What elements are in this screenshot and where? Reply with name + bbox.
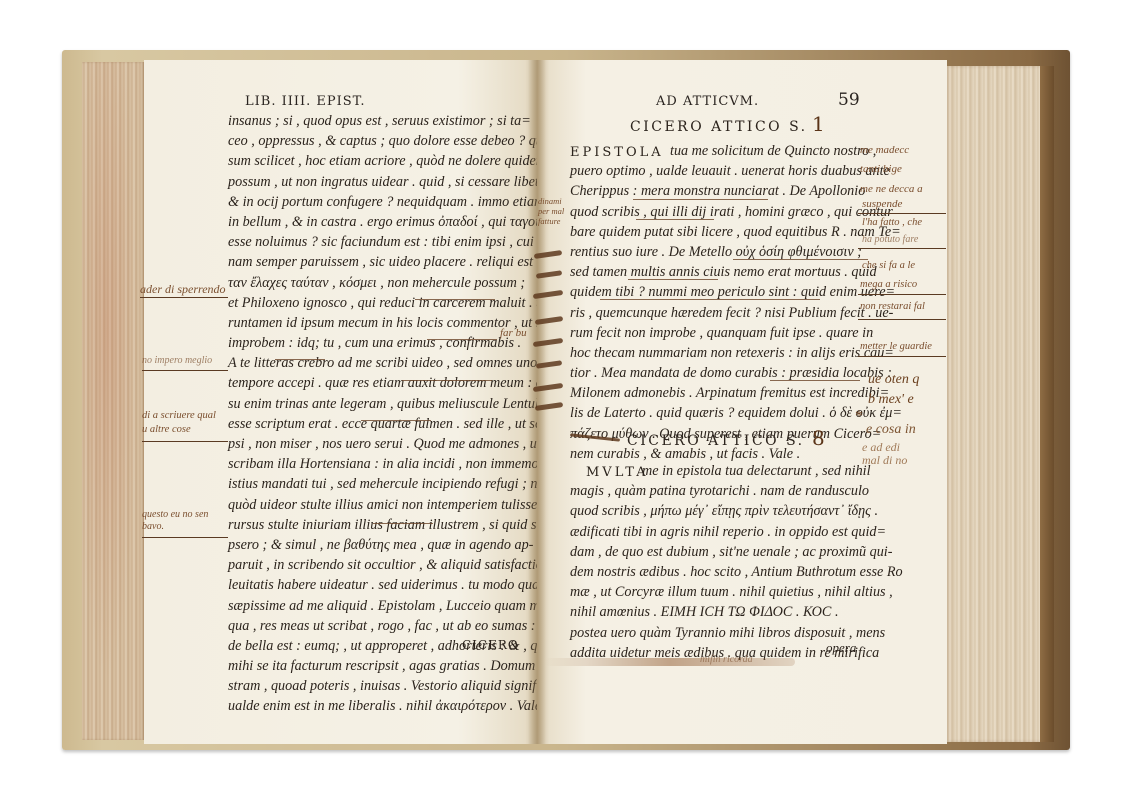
text-line: dem nostris ædibus . hoc scito , Antium …	[570, 562, 903, 582]
text-line: stram , quoad poteris , inuisas . Vestor…	[228, 676, 568, 696]
text-line: nam semper paruissem , sic uideo placere…	[228, 252, 568, 272]
text-line: sum scilicet , hoc etiam acriore , quòd …	[228, 151, 568, 171]
text-line: & in ocij portum confugere ? nequidquam …	[228, 192, 568, 212]
margin-note: me madecc	[860, 144, 909, 156]
margin-note: che si fa a le	[862, 260, 915, 271]
text-line: rum fecit non improbe , quanquam fuit ip…	[570, 323, 902, 343]
left-text-block: insanus ; si , quod opus est , seruus ex…	[228, 111, 568, 717]
margin-note: e cosa in	[866, 422, 916, 438]
margin-rule	[858, 213, 946, 214]
underline	[733, 259, 868, 260]
text-line: nihil amœnius . ΕΙΜΗ ΙCΗ ΤΩ ΦΙΔΟC . ΚΟC …	[570, 602, 903, 622]
text-line: psero ; & simul , ne βαθύτης mea , quæ i…	[228, 535, 568, 555]
margin-rule	[142, 370, 228, 371]
left-running-head: LIB. IIII. EPIST.	[245, 94, 366, 109]
text-line: leuitatis habere uideatur . sed uiderimu…	[228, 575, 568, 595]
margin-rule	[858, 294, 946, 295]
asterisk-mark: *	[855, 408, 863, 426]
margin-rule	[140, 297, 228, 298]
text-line: psi , non miser , nos uero serui . Quod …	[228, 434, 568, 454]
margin-note: tanti bige	[860, 163, 902, 175]
margin-note: metter le guardie	[860, 341, 932, 352]
text-line: paruit , in scribendo sit occultior , & …	[228, 555, 568, 575]
text-line: quòd uideor stulte illius amici non inte…	[228, 495, 568, 515]
bottom-note: mifin ricorda	[700, 654, 753, 665]
margin-note: ader di sperrendo	[140, 282, 226, 297]
underline	[600, 299, 820, 300]
margin-note: no impero meglio	[142, 355, 212, 366]
gutter-note: per mal	[538, 206, 564, 216]
underline	[770, 380, 860, 381]
margin-note: me ne decca a	[860, 183, 923, 195]
letter-1-heading: CICERO ATTICO S.	[630, 119, 808, 135]
gutter	[528, 60, 546, 744]
letter-2-catchword: opera	[826, 640, 856, 656]
text-line: quod scribis , μήπω μέγ᾽ εἴπῃς πρὶν τελε…	[570, 501, 903, 521]
underline	[373, 523, 433, 524]
text-line: dam , de quo est dubium , sit'ne uenale …	[570, 542, 903, 562]
text-line: mæ , ut Corcyræ illum tuum . nihil quiet…	[570, 582, 903, 602]
margin-note: di a scriuere qual	[142, 410, 216, 421]
margin-rule	[858, 356, 946, 357]
margin-note: non restarai fal	[860, 301, 925, 312]
text-line: me in epistola tua delectarunt , sed nih…	[570, 461, 903, 481]
text-line: magis , quàm patina tyrotarichi . nam de…	[570, 481, 903, 501]
margin-note: ha potuto fare	[862, 234, 918, 245]
page-number: 59	[838, 90, 860, 110]
text-line: istius mandati tui , sed mehercule incip…	[228, 474, 568, 494]
text-line: ualde enim est in me liberalis . nihil ἀ…	[228, 696, 568, 716]
underline	[275, 359, 325, 360]
underline	[361, 420, 431, 421]
margin-note: u altre cose	[142, 424, 191, 435]
underline	[628, 279, 718, 280]
margin-rule	[142, 441, 228, 442]
underline	[427, 339, 497, 340]
margin-note: ue oten q	[868, 372, 919, 388]
underline	[415, 299, 495, 300]
text-line: ceo , oppressus , & captus ; quo dolore …	[228, 131, 568, 151]
letter-1-ms-number: 1	[812, 112, 825, 136]
text-line: esse noluimus ? sic faciundum est : tibi…	[228, 232, 568, 252]
text-line: sæpissime ad me aliquid . Epistolam , Lu…	[228, 596, 568, 616]
margin-rule	[858, 319, 946, 320]
cover-board-right	[1040, 66, 1054, 742]
text-line: ædificati tibi in agris nihil reperio . …	[570, 522, 903, 542]
margin-note: l'ha fatto , che	[862, 217, 922, 228]
letter-2-text: me in epistola tua delectarunt , sed nih…	[570, 461, 903, 663]
margin-note: mega a risico	[860, 279, 917, 290]
text-line: lis de Laterto . quid quæris ? equidem d…	[570, 403, 902, 423]
underline	[633, 199, 768, 200]
inline-note: far bu	[500, 327, 527, 339]
text-line: Milonem admonebis . Arpinatum fremitus e…	[570, 383, 902, 403]
gutter-note: fatture	[538, 216, 560, 226]
text-line: possum , ut non ingratus uidear . quid ,…	[228, 172, 568, 192]
text-line: ταν ἔλαχες ταύταν , κόσμει , non mehercu…	[228, 273, 568, 293]
letter-1-text: tua me solicitum de Quincto nostro ,puer…	[570, 141, 902, 464]
text-line: qua , res meas ut scribat , rogo , fac ,…	[228, 616, 568, 636]
text-line: bare quidem putat sibi licere , quod equ…	[570, 222, 902, 242]
text-line: tua me solicitum de Quincto nostro ,	[570, 141, 902, 161]
text-line: puero optimo , ualde leuauit . uenerat h…	[570, 161, 902, 181]
text-line: hoc thecam nummariam non retexeris : in …	[570, 343, 902, 363]
underline	[402, 380, 492, 381]
text-line: scribam illa Hortensiana : in alia incid…	[228, 454, 568, 474]
gutter-note: dinami	[538, 196, 562, 206]
underline	[636, 219, 714, 220]
text-line: in bellum , & in castra . ergo erimus ὀπ…	[228, 212, 568, 232]
left-catchword: CICERO	[462, 638, 519, 652]
fore-edge-right	[946, 66, 1054, 742]
margin-note: bavo.	[142, 521, 164, 532]
margin-note: suspende	[862, 198, 902, 210]
ink-stain	[545, 658, 795, 666]
text-line: insanus ; si , quod opus est , seruus ex…	[228, 111, 568, 131]
margin-note: questo eu no sen	[142, 509, 208, 520]
text-line: et Philoxeno ignosco , qui reduci in car…	[228, 293, 568, 313]
letter-2-heading: CICERO ATTICO S.	[627, 433, 805, 449]
text-line: tempore accepi . quæ res etiam auxit dol…	[228, 373, 568, 393]
text-line: su enim trinas ante legeram , quibus mel…	[228, 394, 568, 414]
right-running-head: AD ATTICVM.	[656, 94, 759, 109]
margin-note: mal di no	[862, 453, 907, 468]
text-line: ris , quemcunque hæredem fecit ? nisi Pu…	[570, 303, 902, 323]
text-line: mihi se ita facturum rescripsit , agas g…	[228, 656, 568, 676]
text-line: rursus stulte iniuriam illius faciam ill…	[228, 515, 568, 535]
margin-rule	[858, 248, 946, 249]
margin-note: b mex' e	[868, 392, 914, 408]
fore-edge-left	[82, 62, 144, 740]
text-line: esse scriptum erat . ecce quartæ fulmen …	[228, 414, 568, 434]
letter-2-ms-number: 8	[812, 426, 825, 450]
text-line: quod scribis , qui illi dij irati , homi…	[570, 202, 902, 222]
margin-rule	[142, 537, 228, 538]
text-line: sed tamen multis annis ciuis nemo erat m…	[570, 262, 902, 282]
text-line: A te litteras crebro ad me scribi uideo …	[228, 353, 568, 373]
